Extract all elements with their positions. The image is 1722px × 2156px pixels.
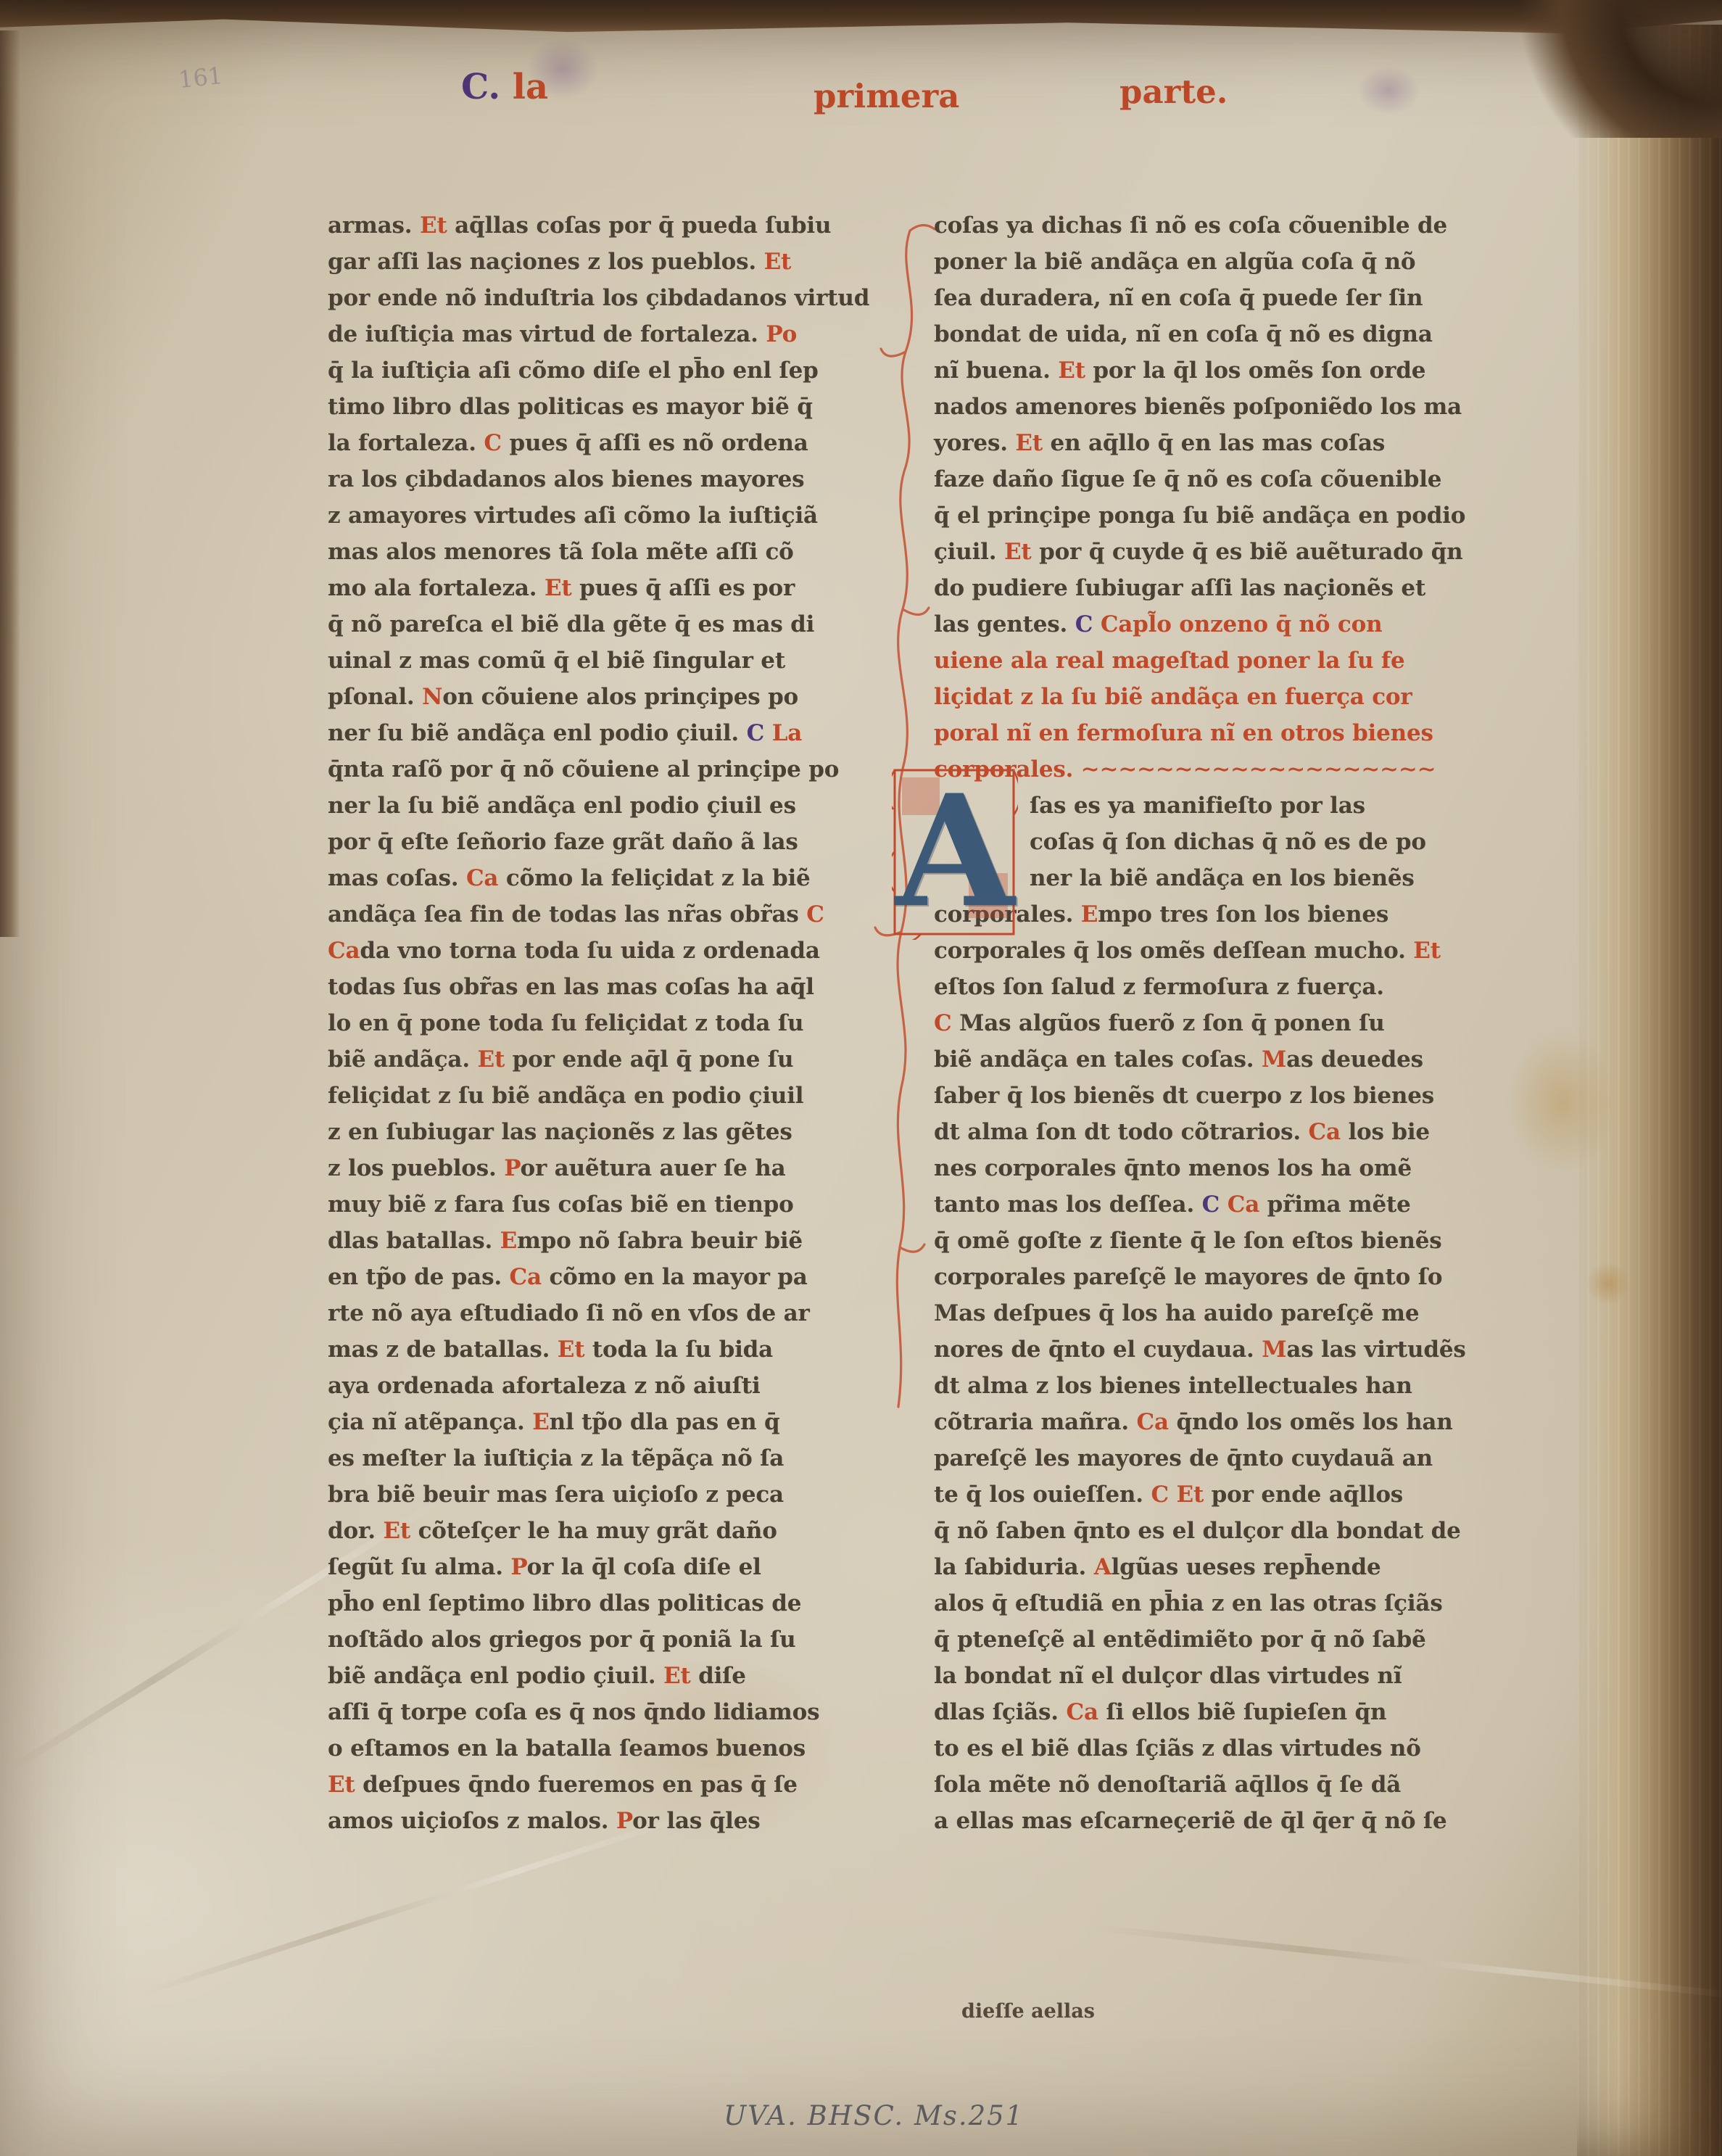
text-line: ſea duradera, nĩ en coſa q̄ puede ſer ſi…: [934, 280, 1514, 316]
text-line: ph̄o enl ſeptimo libro dlas politicas de: [328, 1585, 879, 1622]
text-line: aya ordenada afortaleza z nõ aiuſti: [328, 1368, 879, 1404]
text-line: coſas q̄ ſon dichas q̄ nõ es de po: [934, 824, 1514, 860]
running-title-left: C. la: [461, 67, 548, 107]
text-line: nes corporales q̄nto menos los ha omẽ: [934, 1150, 1514, 1186]
text-line: la fortaleza. C pues q̄ aſſi es nõ orden…: [328, 425, 879, 461]
text-line: corporales q̄ los omẽs deſſean mucho. Et: [934, 933, 1514, 969]
text-line: muy biẽ z fara ſus coſas biẽ en tienpo: [328, 1186, 879, 1223]
text-line: dt alma z los bienes intellectuales han: [934, 1368, 1514, 1404]
text-line: q̄ la iuſtiçia aſi cõmo diſe el ph̄o enl…: [328, 352, 879, 389]
text-column-left: armas. Et aq̄llas coſas por q̄ pueda ſub…: [328, 207, 879, 1839]
text-line: en tp̃o de pas. Ca cõmo en la mayor pa: [328, 1259, 879, 1295]
text-line: todas ſus obr̃as en las mas coſas ha aq̄…: [328, 969, 879, 1005]
text-line: dor. Et cõteſçer le ha muy grãt daño: [328, 1513, 879, 1549]
text-line: q̄ pteneſçẽ al entẽdimiẽto por q̄ nõ ſab…: [934, 1622, 1514, 1658]
text-line: bondat de uida, nĩ en coſa q̄ nõ es dign…: [934, 316, 1514, 352]
text-line: çia nĩ atẽpança. Enl tp̃o dla pas en q̄: [328, 1404, 879, 1440]
text-line: C Mas algũos fuerõ z ſon q̄ ponen ſu: [934, 1005, 1514, 1041]
text-line: q̄ nõ pareſca el biẽ dla gẽte q̄ es mas …: [328, 606, 879, 643]
text-line: rte nõ aya eſtudiado ſi nõ en vſos de ar: [328, 1295, 879, 1331]
text-line: ſola mẽte nõ denoſtariã aq̄llos q̄ ſe dã: [934, 1767, 1514, 1803]
text-line: ſas es ya manifieſto por las: [934, 788, 1514, 824]
text-line: dt alma ſon dt todo cõtrarios. Ca los bi…: [934, 1114, 1514, 1150]
text-line: poral nĩ en fermoſura nĩ en otros bienes: [934, 715, 1514, 751]
binding-corner: [1483, 0, 1722, 138]
text-line: noſtãdo alos griegos por q̄ poniã la ſu: [328, 1622, 879, 1658]
text-line: biẽ andãça. Et por ende aq̄l q̄ pone ſu: [328, 1041, 879, 1078]
text-line: z amayores virtudes aſi cõmo la iuſtiçiã: [328, 497, 879, 534]
text-line: Mas deſpues q̄ los ha auido pareſçẽ me: [934, 1295, 1514, 1331]
text-line: bra biẽ beuir mas ſera uiçioſo z peca: [328, 1476, 879, 1513]
text-line: Cada vno torna toda ſu uida z ordenada: [328, 933, 879, 969]
text-line: ſaber q̄ los bienẽs dt cuerpo z los bien…: [934, 1078, 1514, 1114]
text-line: timo libro dlas politicas es mayor biẽ q…: [328, 389, 879, 425]
text-line: nĩ buena. Et por la q̄l los omẽs ſon ord…: [934, 352, 1514, 389]
ink-offset-smudge: [1357, 67, 1420, 115]
gutter-shadow-left: [0, 30, 20, 937]
text-line: biẽ andãça en tales coſas. Mas deuedes: [934, 1041, 1514, 1078]
catchword: dieſſe aellas: [961, 2000, 1095, 2023]
text-line: a ellas mas eſcarneçeriẽ de q̄l q̄er q̄ …: [934, 1803, 1514, 1839]
text-line: biẽ andãça enl podio çiuil. Et diſe: [328, 1658, 879, 1694]
text-line: mas z de batallas. Et toda la ſu bida: [328, 1331, 879, 1368]
text-line: eſtos ſon ſalud z fermoſura z fuerça.: [934, 969, 1514, 1005]
text-line: mas coſas. Ca cõmo la feliçidat z la biẽ: [328, 860, 879, 896]
text-line: la ſabiduria. Algũas ueses reph̄ende: [934, 1549, 1514, 1585]
text-line: ner la biẽ andãça en los bienẽs: [934, 860, 1514, 896]
text-line: coſas ya dichas ſi nõ es coſa cõuenible …: [934, 207, 1514, 244]
text-line: alos q̄ eſtudiã en ph̄ia z en las otras …: [934, 1585, 1514, 1622]
text-line: gar aſſi las naçiones z los pueblos. Et: [328, 244, 879, 280]
text-line: es meſter la iuſtiçia z la tẽpãça nõ ſa: [328, 1440, 879, 1476]
text-line: nados amenores bienẽs poſponiẽdo los ma: [934, 389, 1514, 425]
text-line: te q̄ los ouieſſen. C Et por ende aq̄llo…: [934, 1476, 1514, 1513]
text-line: lo en q̄ pone toda ſu feliçidat z toda ſ…: [328, 1005, 879, 1041]
text-line: corporales. Empo tres ſon los bienes: [934, 896, 1514, 933]
running-title-right: parte.: [1119, 73, 1228, 111]
text-line: q̄nta raſõ por q̄ nõ cõuiene al prinçipe…: [328, 751, 879, 788]
text-line: q̄ omẽ goſte z ſiente q̄ le ſon eſtos bi…: [934, 1223, 1514, 1259]
text-line: liçidat z la ſu biẽ andãça en fuerça cor: [934, 679, 1514, 715]
text-line: armas. Et aq̄llas coſas por q̄ pueda ſub…: [328, 207, 879, 244]
text-line: ſegũt ſu alma. Por la q̄l coſa diſe el: [328, 1549, 879, 1585]
page-stack-edge: [1577, 25, 1722, 2156]
text-line: nores de q̄nto el cuydaua. Mas las virtu…: [934, 1331, 1514, 1368]
text-line: la bondat nĩ el dulçor dlas virtudes nĩ: [934, 1658, 1514, 1694]
text-line: q̄ el prinçipe ponga ſu biẽ andãça en po…: [934, 497, 1514, 534]
text-line: corporales pareſçẽ le mayores de q̄nto ſ…: [934, 1259, 1514, 1295]
text-line: pareſçẽ les mayores de q̄nto cuydauã an: [934, 1440, 1514, 1476]
text-line: uiene ala real mageſtad poner la ſu fe: [934, 643, 1514, 679]
manuscript-page: C. la primera parte. 161 armas. Et aq̄ll…: [0, 0, 1722, 2156]
initial-letter-a: A: [892, 766, 1018, 940]
text-line: to es el biẽ dlas ſçiãs z dlas virtudes …: [934, 1730, 1514, 1767]
text-line: corporales. ∼∼∼∼∼∼∼∼∼∼∼∼∼∼∼∼∼∼∼: [934, 751, 1514, 788]
text-line: tanto mas los deſſea. C Ca pr̃ima mẽte: [934, 1186, 1514, 1223]
text-line: z los pueblos. Por auẽtura auer ſe ha: [328, 1150, 879, 1186]
text-line: q̄ nõ ſaben q̄nto es el dulçor dla bonda…: [934, 1513, 1514, 1549]
text-line: çiuil. Et por q̄ cuyde q̄ es biẽ auẽtura…: [934, 534, 1514, 570]
text-line: pſonal. Non cõuiene alos prinçipes po: [328, 679, 879, 715]
text-line: o eſtamos en la batalla ſeamos buenos: [328, 1730, 879, 1767]
text-line: z en ſubiugar las naçionẽs z las gẽtes: [328, 1114, 879, 1150]
text-line: andãça ſea fin de todas las nr̃as obr̃as…: [328, 896, 879, 933]
text-line: yores. Et en aq̄llo q̄ en las mas coſas: [934, 425, 1514, 461]
text-line: de iuſtiçia mas virtud de fortaleza. Po: [328, 316, 879, 352]
text-line: Et deſpues q̄ndo fueremos en pas q̄ ſe: [328, 1767, 879, 1803]
text-line: dlas ſçiãs. Ca ſi ellos biẽ ſupieſen q̄n: [934, 1694, 1514, 1730]
text-line: ner la ſu biẽ andãça enl podio çiuil es: [328, 788, 879, 824]
folio-pencil-mark: 161: [177, 62, 224, 94]
text-line: mo ala fortaleza. Et pues q̄ aſſi es por: [328, 570, 879, 606]
text-line: uinal z mas comũ q̄ el biẽ ſingular et: [328, 643, 879, 679]
text-line: mas alos menores tã ſola mẽte aſſi cõ: [328, 534, 879, 570]
text-line: ner ſu biẽ andãça enl podio çiuil. C La: [328, 715, 879, 751]
running-title-center: primera: [814, 77, 959, 115]
text-line: cõtraria mañra. Ca q̄ndo los omẽs los ha…: [934, 1404, 1514, 1440]
text-line: por q̄ eſte ſeñorio faze grãt daño ã las: [328, 824, 879, 860]
text-line: por ende nõ induſtria los çibdadanos vir…: [328, 280, 879, 316]
text-line: aſſi q̄ torpe coſa es q̄ nos q̄ndo lidia…: [328, 1694, 879, 1730]
text-line: ra los çibdadanos alos bienes mayores: [328, 461, 879, 497]
text-line: las gentes. C Capl̃o onzeno q̄ nõ con: [934, 606, 1514, 643]
text-line: dlas batallas. Empo nõ ſabra beuir biẽ: [328, 1223, 879, 1259]
text-column-right: coſas ya dichas ſi nõ es coſa cõuenible …: [934, 207, 1514, 1839]
shelfmark-caption: UVA. BHSC. Ms.251: [724, 2100, 1024, 2131]
binding-top-edge: [0, 0, 1722, 33]
text-line: faze daño ſigue ſe q̄ nõ es coſa cõuenib…: [934, 461, 1514, 497]
text-line: poner la biẽ andãça en algũa coſa q̄ nõ: [934, 244, 1514, 280]
text-line: feliçidat z ſu biẽ andãça en podio çiuil: [328, 1078, 879, 1114]
illuminated-initial: A: [892, 766, 1018, 940]
text-line: do pudiere ſubiugar aſſi las naçionẽs et: [934, 570, 1514, 606]
text-line: amos uiçioſos z malos. Por las q̄les: [328, 1803, 879, 1839]
